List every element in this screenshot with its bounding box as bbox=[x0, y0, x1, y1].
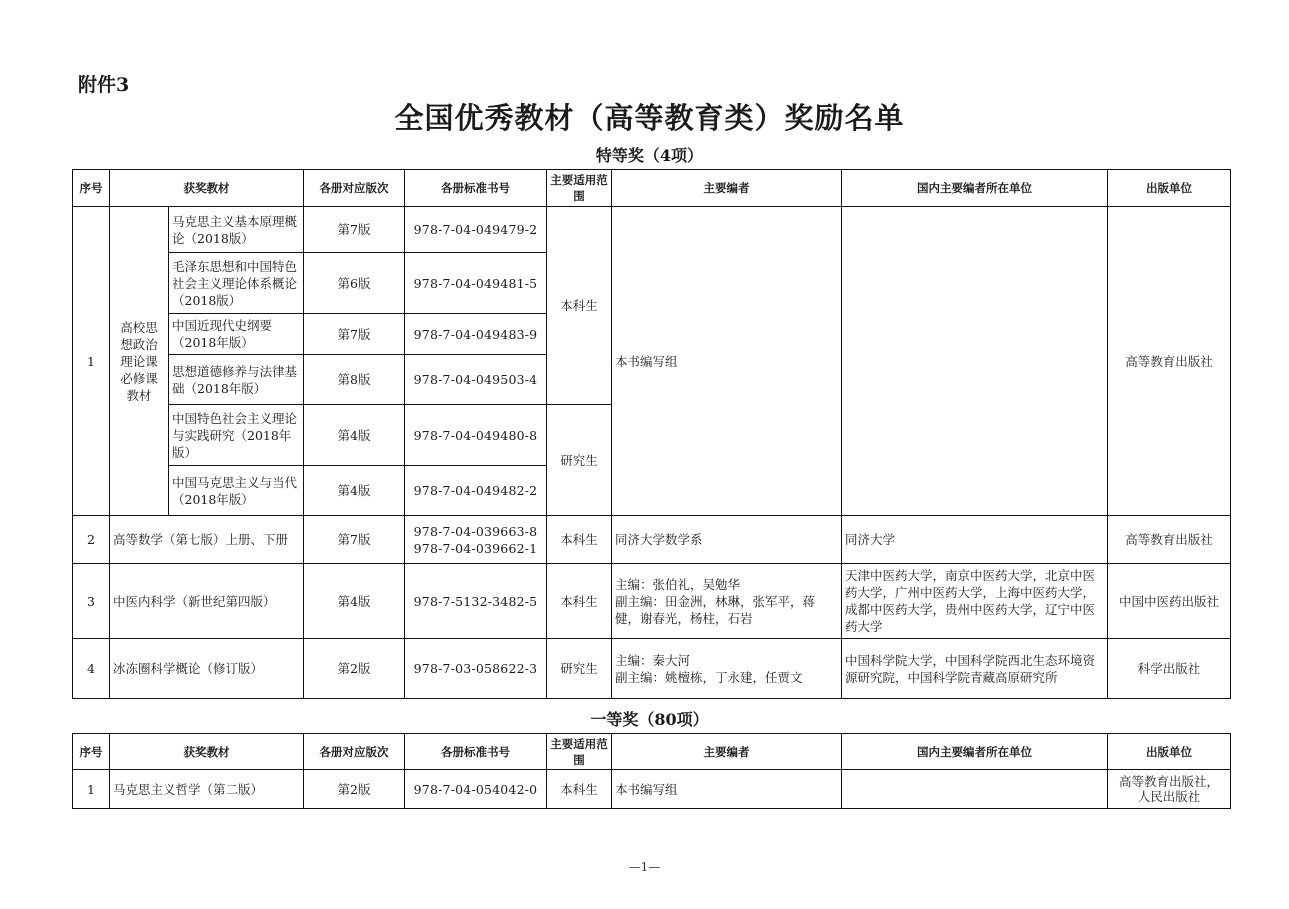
edition-cell: 第7版 bbox=[304, 314, 405, 355]
table-row: 2 高等数学（第七版）上册、下册 第7版 978-7-04-039663-8 9… bbox=[73, 516, 1231, 564]
edition-cell: 第4版 bbox=[304, 466, 405, 516]
col-header-scope: 主要适用范围 bbox=[547, 170, 612, 207]
col-header-isbn: 各册标准书号 bbox=[405, 734, 547, 770]
textbook-cell: 中国马克思主义与当代（2018年版） bbox=[169, 466, 304, 516]
first-award-table: 序号 获奖教材 各册对应版次 各册标准书号 主要适用范围 主要编者 国内主要编者… bbox=[72, 733, 1231, 809]
scope-cell: 本科生 bbox=[547, 564, 612, 639]
editors-cell: 本书编写组 bbox=[612, 207, 842, 516]
col-header-affiliation: 国内主要编者所在单位 bbox=[842, 734, 1108, 770]
col-header-publisher: 出版单位 bbox=[1108, 734, 1231, 770]
col-header-editors: 主要编者 bbox=[612, 734, 842, 770]
edition-cell: 第7版 bbox=[304, 207, 405, 253]
col-header-affiliation: 国内主要编者所在单位 bbox=[842, 170, 1108, 207]
seq-cell: 4 bbox=[73, 639, 110, 699]
col-header-seq: 序号 bbox=[73, 734, 110, 770]
affiliation-cell: 同济大学 bbox=[842, 516, 1108, 564]
seq-cell: 1 bbox=[73, 207, 110, 516]
publisher-cell: 科学出版社 bbox=[1108, 639, 1231, 699]
textbook-cell: 马克思主义哲学（第二版） bbox=[110, 770, 304, 809]
publisher-cell: 高等教育出版社 bbox=[1108, 516, 1231, 564]
affiliation-cell: 中国科学院大学，中国科学院西北生态环境资源研究院，中国科学院青藏高原研究所 bbox=[842, 639, 1108, 699]
isbn-cell: 978-7-04-049481-5 bbox=[405, 253, 547, 314]
group-cell: 高校思想政治理论课必修课教材 bbox=[110, 207, 169, 516]
editors-cell: 同济大学数学系 bbox=[612, 516, 842, 564]
col-header-textbook: 获奖教材 bbox=[110, 734, 304, 770]
textbook-cell: 毛泽东思想和中国特色社会主义理论体系概论（2018版） bbox=[169, 253, 304, 314]
page-number: —1— bbox=[0, 860, 1289, 874]
col-header-scope: 主要适用范围 bbox=[547, 734, 612, 770]
editors-cell: 本书编写组 bbox=[612, 770, 842, 809]
textbook-cell: 冰冻圈科学概论（修订版） bbox=[110, 639, 304, 699]
table-row: 3 中医内科学（新世纪第四版） 第4版 978-7-5132-3482-5 本科… bbox=[73, 564, 1231, 639]
textbook-cell: 高等数学（第七版）上册、下册 bbox=[110, 516, 304, 564]
table-row: 4 冰冻圈科学概论（修订版） 第2版 978-7-03-058622-3 研究生… bbox=[73, 639, 1231, 699]
special-award-table: 序号 获奖教材 各册对应版次 各册标准书号 主要适用范围 主要编者 国内主要编者… bbox=[72, 169, 1231, 699]
table-row: 1 马克思主义哲学（第二版） 第2版 978-7-04-054042-0 本科生… bbox=[73, 770, 1231, 809]
scope-cell: 本科生 bbox=[547, 516, 612, 564]
publisher-cell: 高等教育出版社 bbox=[1108, 207, 1231, 516]
textbook-cell: 马克思主义基本原理概论（2018版） bbox=[169, 207, 304, 253]
editors-cell: 主编：张伯礼，吴勉华 副主编：田金洲，林琳，张军平，蒋健，谢春光，杨柱，石岩 bbox=[612, 564, 842, 639]
table-row: 1 高校思想政治理论课必修课教材 马克思主义基本原理概论（2018版） 第7版 … bbox=[73, 207, 1231, 253]
special-award-heading: 特等奖（4项） bbox=[0, 143, 1289, 166]
col-header-edition: 各册对应版次 bbox=[304, 734, 405, 770]
publisher-cell: 中国中医药出版社 bbox=[1108, 564, 1231, 639]
isbn-cell: 978-7-04-049482-2 bbox=[405, 466, 547, 516]
attachment-label: 附件3 bbox=[78, 70, 129, 97]
edition-cell: 第4版 bbox=[304, 564, 405, 639]
col-header-publisher: 出版单位 bbox=[1108, 170, 1231, 207]
scope-cell: 研究生 bbox=[547, 639, 612, 699]
affiliation-cell: 天津中医药大学，南京中医药大学，北京中医药大学，广州中医药大学，上海中医药大学，… bbox=[842, 564, 1108, 639]
isbn-cell: 978-7-04-049483-9 bbox=[405, 314, 547, 355]
isbn-cell: 978-7-04-049480-8 bbox=[405, 405, 547, 466]
textbook-cell: 中国近现代史纲要（2018年版） bbox=[169, 314, 304, 355]
col-header-edition: 各册对应版次 bbox=[304, 170, 405, 207]
editors-cell: 主编：秦大河 副主编：姚檀栋，丁永建，任贾文 bbox=[612, 639, 842, 699]
edition-cell: 第4版 bbox=[304, 405, 405, 466]
publisher-cell: 高等教育出版社， 人民出版社 bbox=[1108, 770, 1231, 809]
seq-cell: 3 bbox=[73, 564, 110, 639]
isbn-cell: 978-7-04-049479-2 bbox=[405, 207, 547, 253]
first-award-heading: 一等奖（80项） bbox=[0, 707, 1289, 730]
textbook-cell: 中医内科学（新世纪第四版） bbox=[110, 564, 304, 639]
edition-cell: 第6版 bbox=[304, 253, 405, 314]
col-header-textbook: 获奖教材 bbox=[110, 170, 304, 207]
affiliation-cell bbox=[842, 770, 1108, 809]
table-header-row: 序号 获奖教材 各册对应版次 各册标准书号 主要适用范围 主要编者 国内主要编者… bbox=[73, 734, 1231, 770]
textbook-cell: 思想道德修养与法律基础（2018年版） bbox=[169, 355, 304, 405]
col-header-seq: 序号 bbox=[73, 170, 110, 207]
isbn-cell: 978-7-04-054042-0 bbox=[405, 770, 547, 809]
table-header-row: 序号 获奖教材 各册对应版次 各册标准书号 主要适用范围 主要编者 国内主要编者… bbox=[73, 170, 1231, 207]
edition-cell: 第2版 bbox=[304, 639, 405, 699]
edition-cell: 第8版 bbox=[304, 355, 405, 405]
isbn-cell: 978-7-5132-3482-5 bbox=[405, 564, 547, 639]
scope-cell: 本科生 bbox=[547, 770, 612, 809]
textbook-cell: 中国特色社会主义理论与实践研究（2018年版） bbox=[169, 405, 304, 466]
seq-cell: 2 bbox=[73, 516, 110, 564]
isbn-cell: 978-7-03-058622-3 bbox=[405, 639, 547, 699]
document-title: 全国优秀教材（高等教育类）奖励名单 bbox=[0, 96, 1289, 137]
affiliation-cell bbox=[842, 207, 1108, 516]
seq-cell: 1 bbox=[73, 770, 110, 809]
edition-cell: 第2版 bbox=[304, 770, 405, 809]
isbn-cell: 978-7-04-049503-4 bbox=[405, 355, 547, 405]
scope-cell: 研究生 bbox=[547, 405, 612, 516]
edition-cell: 第7版 bbox=[304, 516, 405, 564]
scope-cell: 本科生 bbox=[547, 207, 612, 405]
col-header-isbn: 各册标准书号 bbox=[405, 170, 547, 207]
col-header-editors: 主要编者 bbox=[612, 170, 842, 207]
isbn-cell: 978-7-04-039663-8 978-7-04-039662-1 bbox=[405, 516, 547, 564]
